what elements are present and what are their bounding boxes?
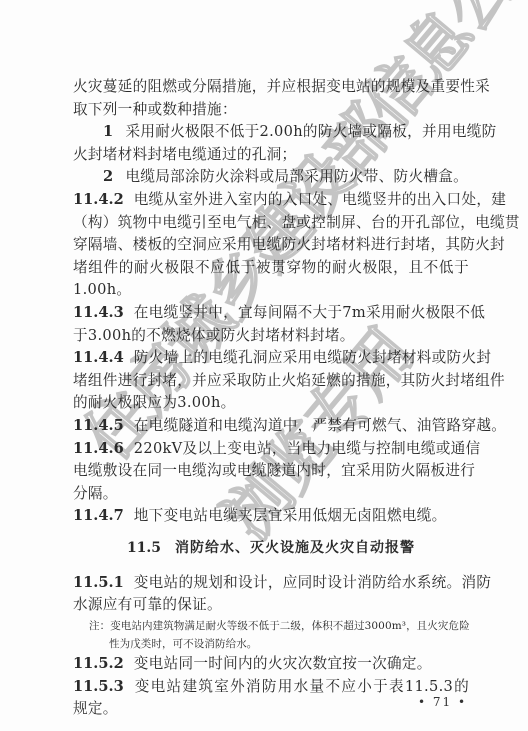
section-heading: 11.5消防给水、灭火设施及火灾自动报警 <box>73 528 469 572</box>
clause-text: 在电缆隧道和电缆沟道中，严禁有可燃气、油管路穿越。 <box>134 417 506 434</box>
clause-number: 11.4.5 <box>73 417 124 434</box>
clause-number: 11.4.7 <box>73 507 124 524</box>
clause-text: 地下变电站电缆夹层宜采用低烟无卤阻燃电缆。 <box>134 507 447 524</box>
clause-number: 11.5.3 <box>73 678 124 695</box>
paragraph-line: 1.00h。 <box>73 279 469 302</box>
paragraph-line: 穿隔墙、楼板的空洞应采用电缆防火封堵材料进行封堵，其防火封 <box>73 234 469 257</box>
clause-text: 变电站建筑室外消防用水量不应小于表11.5.3的 <box>134 678 469 695</box>
note-line: 注：变电站内建筑物满足耐火等级不低于二级，体积不超过3000m³，且火灾危险 <box>73 617 469 635</box>
clause-text: 电缆从室外进入室内的入口处、电缆竖井的出入口处，建 <box>134 191 506 208</box>
item-number: 1 <box>103 123 113 140</box>
item-number: 2 <box>103 168 113 185</box>
clause-11-5-3: 11.5.3变电站建筑室外消防用水量不应小于表11.5.3的 <box>73 676 469 699</box>
list-item-2: 2电缆局部涂防火涂料或局部采用防火带、防火槽盒。 <box>73 166 469 189</box>
paragraph-line: 规定。 <box>73 698 469 721</box>
clause-11-4-5: 11.4.5在电缆隧道和电缆沟道中，严禁有可燃气、油管路穿越。 <box>73 415 469 438</box>
section-title-text: 消防给水、灭火设施及火灾自动报警 <box>175 540 415 556</box>
clause-text: 防火墙上的电缆孔洞应采用电缆防火封堵材料或防火封 <box>134 349 491 366</box>
clause-number: 11.4.2 <box>73 191 124 208</box>
paragraph-line: 取下列一种或数种措施： <box>73 99 469 122</box>
note-line: 性为戊类时，可不设消防给水。 <box>73 635 469 653</box>
paragraph-line: 的耐火极限应为3.00h。 <box>73 392 469 415</box>
clause-number: 11.4.3 <box>73 304 124 321</box>
paragraph-line: 堵组件的耐火极限不应低于被贯穿物的耐火极限，且不低于 <box>73 257 469 280</box>
clause-text: 在电缆竖井中，宜每间隔不大于7m采用耐火极限不低 <box>134 304 485 321</box>
paragraph-line: 分隔。 <box>73 483 469 506</box>
clause-11-4-3: 11.4.3在电缆竖井中，宜每间隔不大于7m采用耐火极限不低 <box>73 302 469 325</box>
section-number: 11.5 <box>127 540 161 556</box>
clause-11-5-1: 11.5.1变电站的规划和设计，应同时设计消防给水系统。消防 <box>73 572 469 595</box>
clause-text: 220kV及以上变电站，当电力电缆与控制电缆或通信 <box>134 440 481 457</box>
list-item-1: 1采用耐火极限不低于2.00h的防火墙或隔板，并用电缆防 <box>73 121 469 144</box>
clause-number: 11.4.6 <box>73 440 124 457</box>
body-text: 火灾蔓延的阻燃或分隔措施，并应根据变电站的规模及重要性采 取下列一种或数种措施：… <box>73 76 469 721</box>
paragraph-line: 火封堵材料封堵电缆通过的孔洞； <box>73 144 469 167</box>
paragraph-line: 于3.00h的不燃烧体或防火封堵材料封堵。 <box>73 325 469 348</box>
clause-number: 11.5.2 <box>73 655 124 672</box>
clause-11-4-6: 11.4.6220kV及以上变电站，当电力电缆与控制电缆或通信 <box>73 438 469 461</box>
paragraph-line: 火灾蔓延的阻燃或分隔措施，并应根据变电站的规模及重要性采 <box>73 76 469 99</box>
paragraph-line: （构）筑物中电缆引至电气柜、盘或控制屏、台的开孔部位，电缆贯 <box>73 212 469 235</box>
paragraph-line: 堵组件进行封堵，并应采取防止火焰延燃的措施，其防火封堵组件 <box>73 370 469 393</box>
clause-text: 变电站同一时间内的火灾次数宜按一次确定。 <box>134 655 432 672</box>
clause-number: 11.5.1 <box>73 574 124 591</box>
document-page: 住房城乡建设部信息公开 浏览专用 火灾蔓延的阻燃或分隔措施，并应根据变电站的规模… <box>0 0 528 731</box>
item-text: 电缆局部涂防火涂料或局部采用防火带、防火槽盒。 <box>125 168 468 185</box>
paragraph-line: 电缆敷设在同一电缆沟或电缆隧道内时，宜采用防火隔板进行 <box>73 460 469 483</box>
clause-number: 11.4.4 <box>73 349 124 366</box>
clause-11-4-4: 11.4.4防火墙上的电缆孔洞应采用电缆防火封堵材料或防火封 <box>73 347 469 370</box>
clause-11-4-7: 11.4.7地下变电站电缆夹层宜采用低烟无卤阻燃电缆。 <box>73 505 469 528</box>
clause-11-4-2: 11.4.2电缆从室外进入室内的入口处、电缆竖井的出入口处，建 <box>73 189 469 212</box>
clause-11-5-2: 11.5.2变电站同一时间内的火灾次数宜按一次确定。 <box>73 653 469 676</box>
item-text: 采用耐火极限不低于2.00h的防火墙或隔板，并用电缆防 <box>125 123 496 140</box>
page-number: • 71 • <box>418 695 467 709</box>
paragraph-line: 水源应有可靠的保证。 <box>73 594 469 617</box>
clause-text: 变电站的规划和设计，应同时设计消防给水系统。消防 <box>134 574 491 591</box>
